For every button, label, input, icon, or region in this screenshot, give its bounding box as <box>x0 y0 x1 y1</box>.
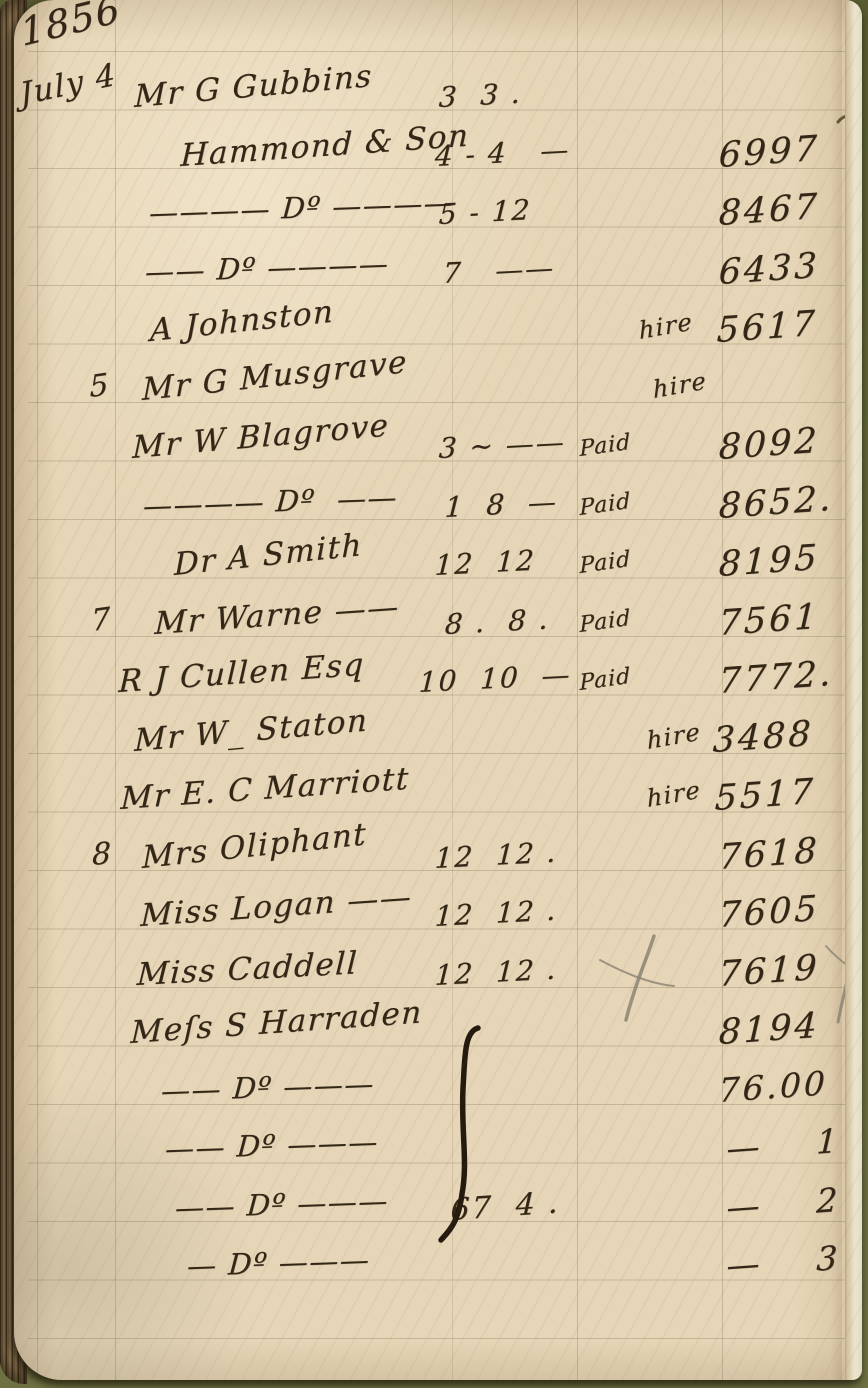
entry-name: ———— Dº —— <box>142 480 399 522</box>
entry-serial: 8092 <box>718 421 820 468</box>
entry-status: Paid <box>579 605 631 638</box>
entry-qty: 7 —— <box>442 251 556 289</box>
entry-qty: 5 - 12 <box>438 194 532 231</box>
ledger-row: ———— Dº ————5 - 128467 <box>14 189 862 248</box>
entry-qty: 3 ~ —— <box>438 426 567 465</box>
entry-date: 5 <box>89 367 111 405</box>
entry-status: Paid <box>579 547 631 580</box>
ledger-row: Mr W_ Statonhire3488 <box>14 716 862 775</box>
ledger-row: Meſs S Harraden8194 <box>14 1008 862 1067</box>
ledger-row: R J Cullen Esq10 10 —Paid7772. <box>14 657 862 716</box>
ledger-row: —— Dº ———67 4 .— 2 <box>14 1184 862 1243</box>
ledger-row: Miss Logan ——12 12 .7605 <box>14 891 862 950</box>
entry-serial: — 1 <box>726 1122 841 1168</box>
entry-name: Miss Caddell <box>136 946 359 993</box>
ledger-row: —— Dº ———76.00 <box>14 1067 862 1126</box>
entry-name: —— Dº ——— <box>174 1184 390 1225</box>
entry-name: — Dº ——— <box>186 1244 372 1284</box>
page-edge-curl <box>845 0 862 1380</box>
entry-date: 7 <box>91 601 113 639</box>
ledger-row: 7Mr Warne ——8 . 8 .Paid7561 <box>14 599 862 658</box>
entry-serial: — 2 <box>726 1180 841 1226</box>
ledger-row: ———— Dº ——1 8 —Paid8652. <box>14 482 862 541</box>
entry-serial: 7561 <box>718 596 820 643</box>
entry-serial: 7618 <box>718 830 820 877</box>
entry-qty: 8 . 8 . <box>444 603 551 641</box>
entry-name: —— Dº ——— <box>164 1125 380 1166</box>
entry-qty: 3 3 . <box>438 78 523 115</box>
entry-serial: 8194 <box>718 1006 820 1053</box>
entry-serial: 3488 <box>712 713 814 760</box>
entry-qty: 67 4 . <box>450 1186 560 1228</box>
entry-name: —— Dº ———— <box>144 247 391 289</box>
entry-tag: hire <box>652 367 708 404</box>
entry-qty: 4 - 4 — <box>434 133 571 172</box>
entry-serial: 7605 <box>718 889 820 936</box>
entry-qty: 10 10 — <box>418 659 572 699</box>
ledger-row: Dr A Smith12 12Paid8195 <box>14 540 862 599</box>
entry-serial: 5617 <box>716 304 818 351</box>
entry-serial: 7619 <box>718 947 820 994</box>
entry-qty: 1 8 — <box>444 485 559 523</box>
ledger-rows: July 4Mr G Gubbins3 3 .Hammond & Son4 - … <box>14 72 862 1301</box>
entry-qty: 12 12 . <box>434 836 558 875</box>
ledger-row: A Johnstonhire5617 <box>14 306 862 365</box>
year-heading: 1856 <box>18 0 124 56</box>
entry-status: Paid <box>579 664 631 697</box>
ledger-row: Miss Caddell12 12 .7619 <box>14 950 862 1009</box>
ledger-row: —— Dº ———— 1 <box>14 1125 862 1184</box>
ledger-photo: 1856 July 4Mr G Gubbins3 3 .Hammond & So… <box>0 0 868 1388</box>
entry-tag: hire <box>638 308 694 345</box>
entry-serial: 76.00 <box>718 1064 829 1110</box>
ledger-row: — Dº ———— 3 <box>14 1242 862 1301</box>
entry-status: Paid <box>579 430 631 463</box>
entry-qty: 12 12 . <box>434 953 558 992</box>
entry-serial: 8467 <box>718 187 820 234</box>
entry-serial: — 3 <box>726 1239 841 1285</box>
entry-qty: 12 12 <box>434 545 537 583</box>
entry-serial: 6433 <box>718 245 820 292</box>
entry-serial: 7772. <box>718 654 834 702</box>
ledger-page: 1856 July 4Mr G Gubbins3 3 .Hammond & So… <box>14 0 862 1380</box>
ledger-row: Mr E. C Marriotthire5517 <box>14 774 862 833</box>
ledger-row: Mr W Blagrove3 ~ ——Paid8092 <box>14 423 862 482</box>
entry-status: Paid <box>579 488 631 521</box>
entry-qty: 12 12 . <box>434 894 558 933</box>
entry-serial: 8195 <box>718 538 820 585</box>
entry-tag: hire <box>646 776 702 813</box>
ledger-row: 8Mrs Oliphant12 12 .7618 <box>14 833 862 892</box>
entry-tag: hire <box>646 718 702 755</box>
ledger-row: Hammond & Son4 - 4 —6997 <box>14 131 862 190</box>
entry-date: 8 <box>92 836 112 873</box>
entry-serial: 5517 <box>714 772 816 819</box>
entry-serial: 8652. <box>718 478 834 526</box>
entry-name: —— Dº ——— <box>160 1067 376 1108</box>
entry-name: ———— Dº ———— <box>148 186 455 230</box>
ledger-row: 5Mr G Musgravehire <box>14 365 862 424</box>
entry-serial: 6997 <box>718 128 820 175</box>
ledger-row: —— Dº ————7 ——6433 <box>14 248 862 307</box>
